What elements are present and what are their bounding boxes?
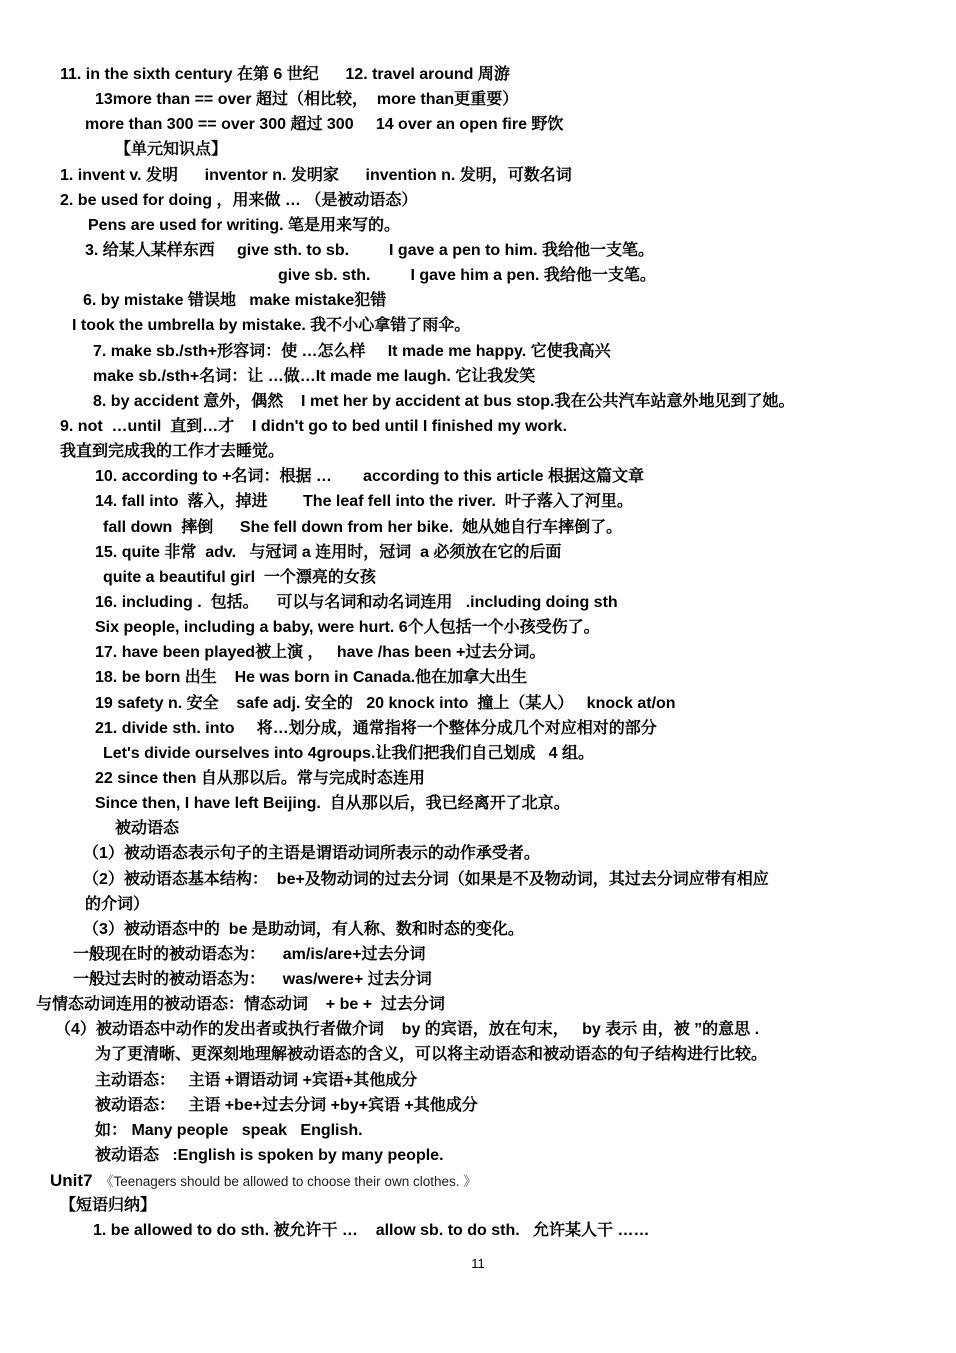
doc-line: 一般现在时的被动语态为： am/is/are+过去分词 xyxy=(73,942,956,967)
doc-line: （4）被动语态中动作的发出者或执行者做介词 by 的宾语，放在句末， by 表示… xyxy=(55,1017,956,1042)
doc-line: Let's divide ourselves into 4groups.让我们把… xyxy=(103,741,956,766)
doc-line: 8. by accident 意外，偶然 I met her by accide… xyxy=(93,389,956,414)
doc-line: 的介词） xyxy=(85,892,956,917)
doc-line: 主动语态： 主语 +谓语动词 +宾语+其他成分 xyxy=(95,1068,956,1093)
doc-line: 如： Many people speak English. xyxy=(95,1118,956,1143)
doc-line: I took the umbrella by mistake. 我不小心拿错了雨… xyxy=(72,313,956,338)
doc-line: （1）被动语态表示句子的主语是谓语动词所表示的动作承受者。 xyxy=(83,841,956,866)
doc-line: make sb./sth+名词：让 …做…It made me laugh. 它… xyxy=(93,364,956,389)
doc-line: （2）被动语态基本结构： be+及物动词的过去分词（如果是不及物动词，其过去分词… xyxy=(83,867,956,892)
unit-label: Unit7 xyxy=(50,1171,93,1190)
doc-line: Since then, I have left Beijing. 自从那以后，我… xyxy=(95,791,956,816)
doc-line: 7. make sb./sth+形容词：使 …怎么样 It made me ha… xyxy=(93,339,956,364)
document-page: 11. in the sixth century 在第 6 世纪 12. tra… xyxy=(0,0,956,1353)
doc-line: 11. in the sixth century 在第 6 世纪 12. tra… xyxy=(60,62,956,87)
doc-line: 3. 给某人某样东西 give sth. to sb. I gave a pen… xyxy=(85,238,956,263)
doc-line: 17. have been played被上演 ， have /has been… xyxy=(95,640,956,665)
doc-lines: 11. in the sixth century 在第 6 世纪 12. tra… xyxy=(60,62,956,1244)
doc-line: Pens are used for writing. 笔是用来写的。 xyxy=(88,213,956,238)
unit-title: 《Teenagers should be allowed to choose t… xyxy=(93,1174,477,1189)
doc-line: 被动语态 :English is spoken by many people. xyxy=(95,1143,956,1168)
doc-line: 22 since then 自从那以后。常与完成时态连用 xyxy=(95,766,956,791)
doc-line: Six people, including a baby, were hurt.… xyxy=(95,615,956,640)
doc-line: 10. according to +名词：根据 … according to t… xyxy=(95,464,956,489)
doc-line: 为了更清晰、更深刻地理解被动语态的含义，可以将主动语态和被动语态的句子结构进行比… xyxy=(95,1042,956,1067)
page-number: 11 xyxy=(0,1256,956,1271)
doc-line: 与情态动词连用的被动语态：情态动词 + be + 过去分词 xyxy=(36,992,956,1017)
doc-line: quite a beautiful girl 一个漂亮的女孩 xyxy=(103,565,956,590)
doc-line: 21. divide sth. into 将…划分成，通常指将一个整体分成几个对… xyxy=(95,716,956,741)
doc-line: 1. be allowed to do sth. 被允许干 … allow sb… xyxy=(93,1218,956,1243)
doc-line: 我直到完成我的工作才去睡觉。 xyxy=(60,439,956,464)
doc-line: more than 300 == over 300 超过 300 14 over… xyxy=(85,112,956,137)
doc-line: 19 safety n. 安全 safe adj. 安全的 20 knock i… xyxy=(95,691,956,716)
doc-line: 16. including . 包括。 可以与名词和动名词连用 .includi… xyxy=(95,590,956,615)
doc-line: 被动语态： 主语 +be+过去分词 +by+宾语 +其他成分 xyxy=(95,1093,956,1118)
doc-line: 13more than == over 超过（相比较， more than更重要… xyxy=(95,87,956,112)
doc-line: 2. be used for doing ，用来做 … （是被动语态） xyxy=(60,188,956,213)
doc-line: 9. not …until 直到…才 I didn't go to bed un… xyxy=(60,414,956,439)
doc-line: give sb. sth. I gave him a pen. 我给他一支笔。 xyxy=(278,263,956,288)
doc-line: （3）被动语态中的 be 是助动词，有人称、数和时态的变化。 xyxy=(83,917,956,942)
doc-line: 一般过去时的被动语态为： was/were+ 过去分词 xyxy=(73,967,956,992)
doc-line: 15. quite 非常 adv. 与冠词 a 连用时，冠词 a 必须放在它的后… xyxy=(95,540,956,565)
doc-line: 【单元知识点】 xyxy=(115,137,956,162)
doc-line: 被动语态 xyxy=(115,816,956,841)
doc-line: 1. invent v. 发明 inventor n. 发明家 inventio… xyxy=(60,163,956,188)
doc-line: 【短语归纳】 xyxy=(60,1193,956,1218)
doc-line: 6. by mistake 错误地 make mistake犯错 xyxy=(83,288,956,313)
doc-line: fall down 摔倒 She fell down from her bike… xyxy=(103,515,956,540)
doc-line: Unit7 《Teenagers should be allowed to ch… xyxy=(50,1168,956,1193)
doc-line: 18. be born 出生 He was born in Canada.他在加… xyxy=(95,665,956,690)
doc-line: 14. fall into 落入，掉进 The leaf fell into t… xyxy=(95,489,956,514)
